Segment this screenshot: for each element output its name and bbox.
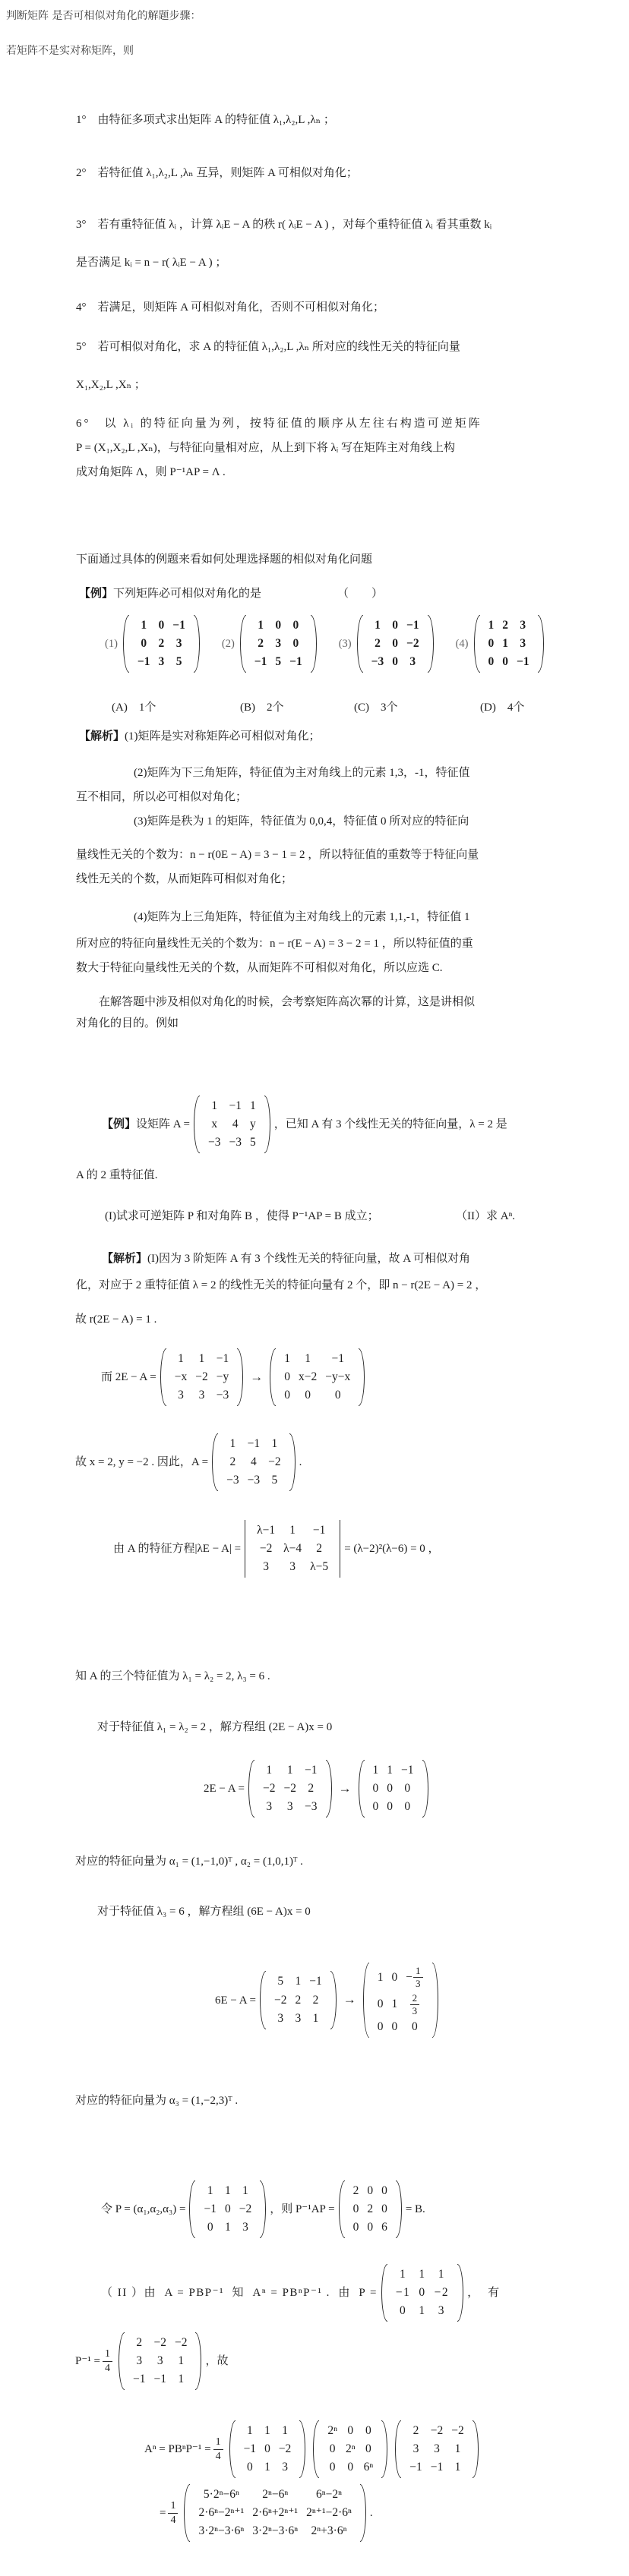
eq6-end: ， 有 xyxy=(467,2285,501,2300)
fraction-one-quarter: 14 xyxy=(166,2500,180,2526)
eq7-pre: P⁻¹ = xyxy=(75,2354,100,2369)
matrix-3: 10−120−2−303 xyxy=(357,615,434,673)
step-4: 4° 若满足，则矩阵 A 可相似对角化，否则不可相似对角化； xyxy=(76,300,384,315)
eq6-pre: （ II ）由 A = PBP⁻¹ 知 Aⁿ = PBⁿP⁻¹ . 由 P = xyxy=(101,2285,378,2300)
matrix-2e-a-reduced: 11−1000000 xyxy=(359,1760,428,1818)
analysis1-line-1: 【解析】(1)矩阵是实对称矩阵必可相似对角化； xyxy=(79,729,321,744)
matrix-2e-a: 11−1−2−2233−3 xyxy=(248,1760,332,1818)
document-page: 判断矩阵 是否可相似对角化的解题步骤： 若矩阵不是实对称矩阵，则 1° 由特征多… xyxy=(0,0,629,2576)
matrix-6e-a-reduced: 10−130123000 xyxy=(363,1963,438,2038)
option-d: (D) 4个 xyxy=(480,698,524,714)
analysis1-label: 【解析】 xyxy=(79,730,125,743)
solution2-p1b: 化，对应于 2 重特征值 λ = 2 的线性无关的特征向量有 2 个，即 n −… xyxy=(76,1278,486,1293)
example2-label: 【例】 xyxy=(102,1117,136,1132)
example2-lead-line-2: A 的 2 重特征值. xyxy=(76,1168,158,1183)
eigenvalue-6-statement: 对于特征值 λ₃ = 6 ，解方程组 (6E − A)x = 0 xyxy=(97,1904,311,1919)
equation-2e-minus-a-xy: 而 2E − A = 11−1−x−2−y33−3 → 11−10x−2−y−x… xyxy=(101,1348,368,1406)
equation-p-and-b: 令 P = (α₁,α₂,α₃) = 111−10−2013 ，则 P⁻¹AP … xyxy=(101,2180,425,2238)
eq9-pre: = xyxy=(160,2505,166,2521)
step-2: 2° 若特征值 λ₁,λ₂,L ,λₙ 互异，则矩阵 A 可相似对角化； xyxy=(76,166,358,181)
eigenvectors-lambda2: 对应的特征向量为 α₁ = (1,−1,0)ᵀ , α₂ = (1,0,1)ᵀ … xyxy=(75,1854,303,1869)
matrix-a-power-n-result: 5·2ⁿ−6ⁿ2ⁿ−6ⁿ6ⁿ−2ⁿ2·6ⁿ−2ⁿ⁺¹2·6ⁿ+2ⁿ⁺¹2ⁿ⁺¹−… xyxy=(184,2484,365,2542)
matrix-3-label: (3) xyxy=(339,638,352,651)
solution2-label: 【解析】 xyxy=(102,1253,147,1265)
analysis1-item3-line-3: 线性无关的个数，从而矩阵可相似对角化； xyxy=(76,872,292,887)
doc-title-line-1: 判断矩阵 是否可相似对角化的解题步骤： xyxy=(6,9,201,24)
eq2-mid: |λE − A| = xyxy=(195,1541,242,1556)
example1-prompt: 下列矩阵必可相似对角化的是 xyxy=(113,588,261,600)
eigenvalue-2-statement: 对于特征值 λ₁ = λ₂ = 2 ，解方程组 (2E − A)x = 0 xyxy=(97,1720,332,1735)
matrix-1: 10−1023−135 xyxy=(123,615,200,673)
analysis1-note-line-2: 对角化的目的。例如 xyxy=(76,1016,179,1031)
matrix-2e-a-xy: 11−1−x−2−y33−3 xyxy=(160,1348,244,1406)
p3-mid: A = xyxy=(191,1455,208,1470)
example1-label: 【例】 xyxy=(79,588,113,600)
matrix-p-factor: 111−10−2013 xyxy=(229,2420,306,2478)
matrix-p-inverse: 2−2−2331−1−11 xyxy=(119,2332,202,2390)
matrix-4: 12301300−1 xyxy=(474,615,544,673)
examples-intro: 下面通过具体的例题来看如何处理选择题的相似对角化问题 xyxy=(76,552,372,567)
matrix-2: 100230−15−1 xyxy=(240,615,317,673)
example2-question-1: (I)试求可逆矩阵 P 和对角阵 B ，使得 P⁻¹AP = B 成立； xyxy=(105,1209,379,1224)
analysis1-item3-line-2: 量线性无关的个数为：n − r(0E − A) = 3 − 1 = 2 ，所以特… xyxy=(76,847,479,862)
matrix-p-repeat: 111−10−2013 xyxy=(381,2264,463,2322)
eq5-pre: 令 P = (α₁,α₂,α₃) = xyxy=(101,2202,185,2217)
example2-lead: 设矩阵 A = xyxy=(136,1117,190,1132)
matrix-item-3: (3)10−120−2−303 xyxy=(339,615,438,673)
matrix-p-inverse-factor: 2−2−2331−1−11 xyxy=(395,2420,479,2478)
analysis1-item2-line-1: (2)矩阵为下三角矩阵，特征值为主对角线上的元素 1,3，-1，特征值 xyxy=(134,765,470,780)
eq5-end: = B. xyxy=(406,2202,425,2217)
example1-matrix-row: (1)10−1023−135 (2)100230−15−1 (3)10−120−… xyxy=(105,615,548,673)
matrix-p: 111−10−2013 xyxy=(189,2180,266,2238)
equation-p-inverse: P⁻¹ = 14 2−2−2331−1−11 ，故 xyxy=(75,2332,228,2390)
step-6-line-3: 成对角矩阵 Λ，则 P⁻¹AP = Λ . xyxy=(76,465,226,480)
analysis1-item4-line-2: 所对应的特征向量线性无关的个数为：n − r(E − A) = 3 − 2 = … xyxy=(76,936,473,951)
step-3-line-1: 3° 若有重特征值 λᵢ ，计算 λᵢE − A 的秩 r( λᵢE − A )… xyxy=(76,217,492,232)
determinant-lambda-e-a: λ−11−1−2λ−4233λ−5 xyxy=(245,1520,340,1578)
matrix-item-4: (4)12301300−1 xyxy=(456,615,548,673)
equation-a-power-n-result: = 14 5·2ⁿ−6ⁿ2ⁿ−6ⁿ6ⁿ−2ⁿ2·6ⁿ−2ⁿ⁺¹2·6ⁿ+2ⁿ⁺¹… xyxy=(160,2484,373,2542)
eigenvalues-statement: 知 A 的三个特征值为 λ₁ = λ₂ = 2, λ₃ = 6 . xyxy=(75,1669,270,1684)
matrix-a-with-xy: 1−11x4y−3−35 xyxy=(194,1096,270,1153)
eq5-mid: ，则 P⁻¹AP = xyxy=(270,2202,334,2217)
step-6-line-1: 6° 以 λᵢ 的特征向量为列，按特征值的顺序从左往右构造可逆矩阵 xyxy=(76,416,482,431)
p3-pre: 故 x = 2, y = −2 . 因此， xyxy=(75,1455,191,1470)
matrix-item-2: (2)100230−15−1 xyxy=(222,615,321,673)
matrix-4-label: (4) xyxy=(456,638,469,651)
solution2-p1a: (I)因为 3 阶矩阵 A 有 3 个线性无关的特征向量，故 A 可相似对角 xyxy=(147,1253,470,1265)
example2-intro: 【例】 设矩阵 A = 1−11x4y−3−35 ，已知 A 有 3 个线性无关… xyxy=(102,1096,507,1153)
analysis1-item1: (1)矩阵是实对称矩阵必可相似对角化； xyxy=(125,730,321,743)
step-6-line-2: P = (X₁,X₂,L ,Xₙ)，与特征向量相对应，从上到下将 λᵢ 写在矩阵… xyxy=(76,440,455,456)
step-3-line-2: 是否满足 kᵢ = n − r( λᵢE − A ) ； xyxy=(76,255,226,270)
eq8-pre: Aⁿ = PBⁿP⁻¹ = xyxy=(144,2442,211,2457)
analysis1-item3-line-1: (3)矩阵是秩为 1 的矩阵，特征值为 0,0,4，特征值 0 所对应的特征向 xyxy=(134,814,469,829)
matrix-b-power-n: 2ⁿ0002ⁿ0006ⁿ xyxy=(313,2420,387,2478)
equation-a-power-n: Aⁿ = PBⁿP⁻¹ = 14 111−10−2013 2ⁿ0002ⁿ0006… xyxy=(144,2420,482,2478)
arrow-right-icon: → xyxy=(343,1991,356,2009)
eigenvector-lambda3: 对应的特征向量为 α₃ = (1,−2,3)ᵀ . xyxy=(75,2093,238,2108)
matrix-a-final: 1−1124−2−3−35 xyxy=(212,1433,296,1491)
eq7-end: ，故 xyxy=(205,2354,228,2369)
eq1-lhs: 而 2E − A = xyxy=(101,1370,156,1385)
characteristic-equation: 由 A 的特征方程 |λE − A| = λ−11−1−2λ−4233λ−5 =… xyxy=(113,1520,440,1578)
fraction-one-quarter: 14 xyxy=(100,2348,115,2374)
equation-6e-minus-a: 6E − A = 51−1−222331 → 10−130123000 xyxy=(215,1963,442,2038)
eq2-pre: 由 A 的特征方程 xyxy=(113,1541,195,1556)
step-5-line-1: 5° 若可相似对角化，求 A 的特征值 λ₁,λ₂,L ,λₙ 所对应的线性无关… xyxy=(76,339,460,355)
eq3-lhs: 2E − A = xyxy=(204,1781,245,1796)
matrix-1-label: (1) xyxy=(105,638,118,651)
analysis1-item4-line-3: 数大于特征向量线性无关的个数，从而矩阵不可相似对角化，所以应选 C. xyxy=(76,960,443,976)
matrix-6e-a: 51−1−222331 xyxy=(260,1971,337,2029)
arrow-right-icon: → xyxy=(339,1780,352,1798)
option-a: (A) 1个 xyxy=(112,698,156,714)
example2-lead-suffix: ，已知 A 有 3 个线性无关的特征向量，λ = 2 是 xyxy=(274,1117,507,1132)
eq2-end: = (λ−2)²(λ−6) = 0 ， xyxy=(344,1541,439,1556)
option-b: (B) 2个 xyxy=(240,698,284,714)
matrix-item-1: (1)10−1023−135 xyxy=(105,615,204,673)
fraction-one-quarter: 14 xyxy=(211,2436,226,2462)
arrow-right-icon: → xyxy=(250,1369,263,1386)
part2-statement: （ II ）由 A = PBP⁻¹ 知 Aⁿ = PBⁿP⁻¹ . 由 P = … xyxy=(101,2264,501,2322)
option-c: (C) 3个 xyxy=(354,698,398,714)
matrix-2e-a-xy-reduced: 11−10x−2−y−x000 xyxy=(270,1348,365,1406)
statement-xy-values: 故 x = 2, y = −2 . 因此， A = 1−1124−2−3−35 … xyxy=(75,1433,302,1491)
matrix-2-label: (2) xyxy=(222,638,235,651)
answer-blank: （ ） xyxy=(337,588,383,600)
matrix-b-diagonal: 200020006 xyxy=(339,2180,402,2238)
example2-question-2: （II）求 Aⁿ. xyxy=(456,1209,515,1224)
example1-prompt-line: 【例】下列矩阵必可相似对角化的是（ ） xyxy=(79,586,383,601)
solution2-p2: 故 r(2E − A) = 1 . xyxy=(75,1312,156,1327)
eq4-lhs: 6E − A = xyxy=(215,1993,256,2008)
analysis1-note-line-1: 在解答题中涉及相似对角化的时候，会考察矩阵高次幂的计算，这是讲相似 xyxy=(99,995,475,1010)
p3-end: . xyxy=(299,1455,302,1470)
analysis1-item4-line-1: (4)矩阵为上三角矩阵，特征值为主对角线上的元素 1,1,-1，特征值 1 xyxy=(134,910,470,925)
eq9-end: . xyxy=(370,2505,373,2521)
doc-title-line-2: 若矩阵不是实对称矩阵，则 xyxy=(6,44,134,58)
step-5-line-2: X₁,X₂,L ,Xₙ ； xyxy=(76,377,146,393)
solution2-line-1: 【解析】(I)因为 3 阶矩阵 A 有 3 个线性无关的特征向量，故 A 可相似… xyxy=(102,1251,470,1266)
equation-2e-minus-a: 2E − A = 11−1−2−2233−3 → 11−1000000 xyxy=(204,1760,432,1818)
analysis1-item2-line-2: 互不相同，所以必可相似对角化； xyxy=(76,790,247,805)
step-1: 1° 由特征多项式求出矩阵 A 的特征值 λ₁,λ₂,L ,λₙ ； xyxy=(76,112,335,128)
